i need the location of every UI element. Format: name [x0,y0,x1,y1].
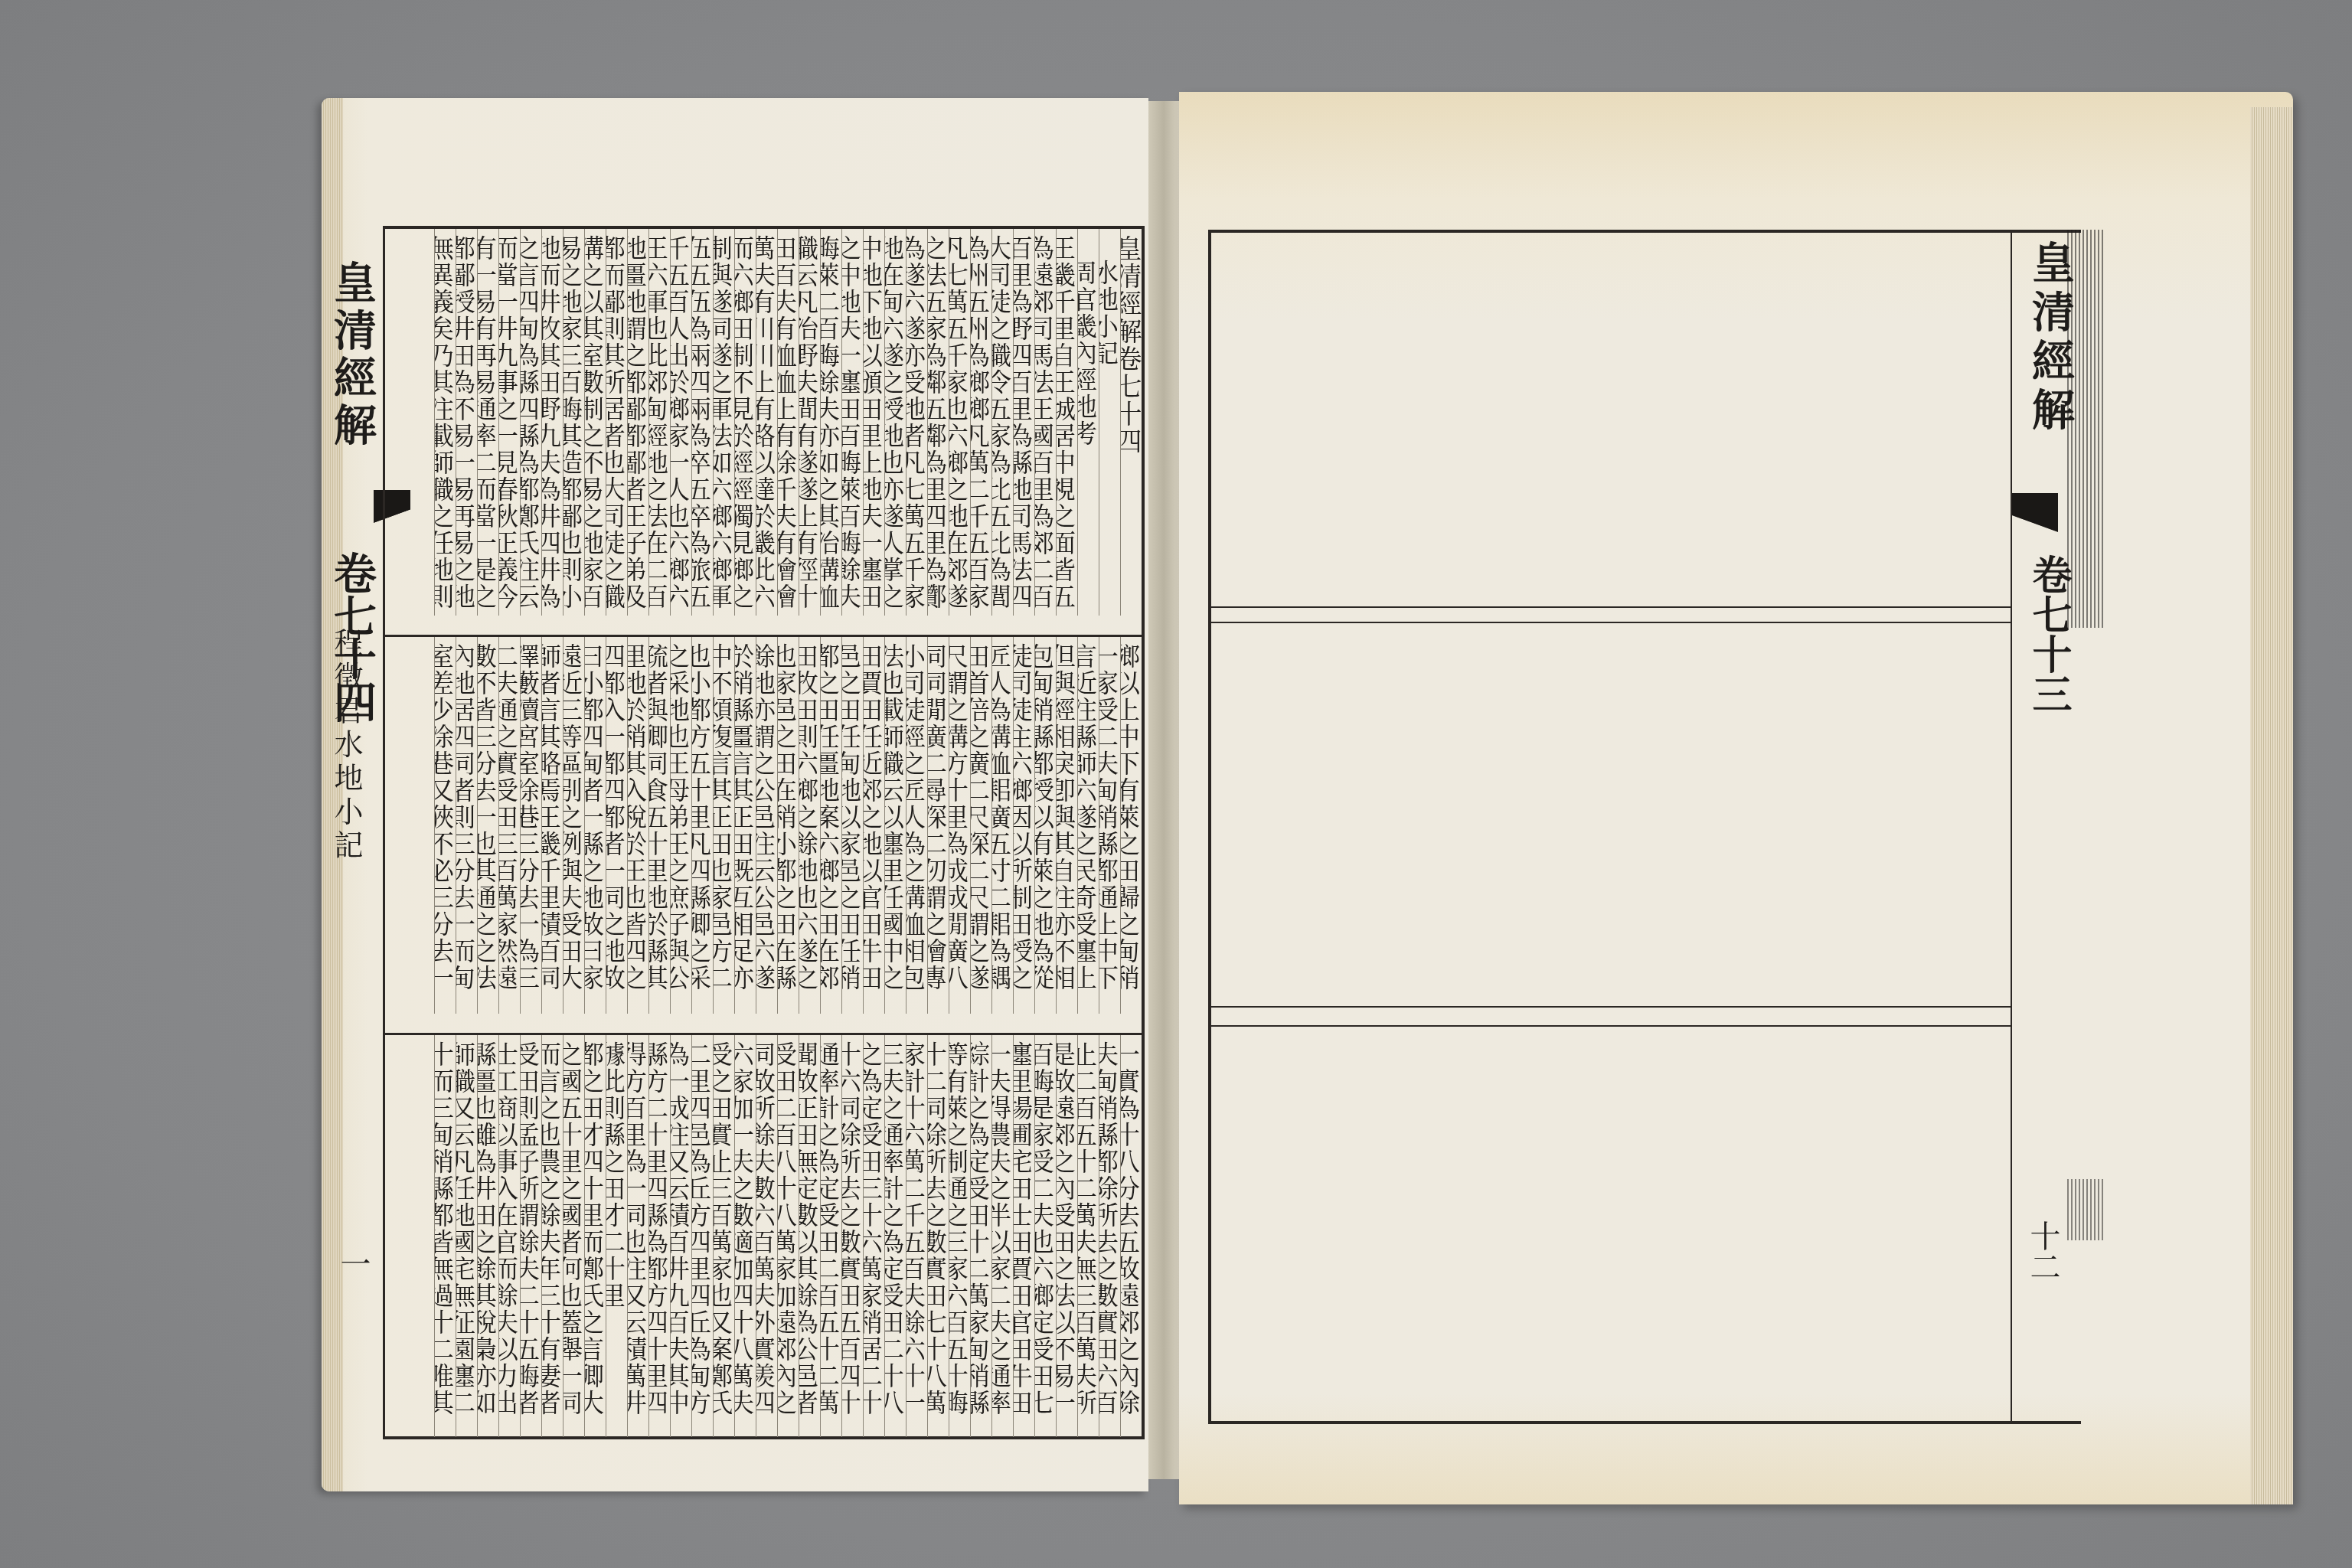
register-middle: 鄉以上中下有萊之田歸之甸稍縣都注云六鄉之民七萬五千家通不易一易再易一家受二夫甸稍… [385,635,1142,1014]
text-column: 地在甸六遂之授地也亦遂人掌之其職云辨其野之土上地 [884,229,906,616]
text-column: 匠人為溝洫耜廣五寸二耜為耦一耦之伐廣尺深尺謂之畎 [991,637,1013,1014]
fore-edge-ink-bleed-lower [2067,1179,2105,1240]
text-column: 同同閒廣二尋深二仞謂之澮專達於川鄭氏所謂井牧之制 [927,637,949,1014]
text-column: 田首倍之廣二尺深二尺謂之遂九夫為井井閒廣四尺深四 [970,637,991,1014]
text-column: 據此則縣之田才二十里 [606,1035,627,1437]
text-column: 周官畿內經地考 [1077,229,1099,616]
left-banxin-page-number: 一 [345,1248,375,1279]
text-column: 王畿千里自王城居中視之面皆五百里五十里為近郊百里為遠郊 [1056,229,1077,616]
text-column: 田百夫有洫洫上有涂千夫有澮澮上有道 [777,229,799,616]
text-column: 易之地家三百畮其造都鄙也則小司徒經 [563,229,584,616]
text-column: 地畺地謂之都鄙都鄙者王子弟及公卿大夫之采地其界曰 [627,229,648,616]
text-column: 之國五十里之國者何也蓋舉一同之田四之一與十六之一 [563,1035,584,1437]
text-column: 地而井牧其田野九夫為井四井為邑四邑 [541,229,563,616]
fore-edge-ink-bleed [2067,230,2105,628]
text-column: 為州五州為鄉鄉凡萬二千五百家如此者六 [970,229,991,616]
text-column: 千五百人出於鄉家一人也六鄉六軍夏官大司馬之職所謂 [670,229,691,616]
text-column: 田牧田則六鄉之餘地也六遂之田在甸公邑則六遂之餘地 [799,637,820,1014]
text-column: 受之田實止三百萬家也又案鄭氏注小司徒云四井為邑方 [713,1035,734,1437]
text-column: 徒司徒主六鄉因以所制田授之與井田溝洫之制在考工記 [1013,637,1034,1014]
register-divider-1 [1211,606,2012,608]
text-column: 都而鄙則其所居者也大司徒之職凡造都鄙制其地域而封 [606,229,627,616]
text-column: 而言之也農之餘夫年三十有妻者旣受田如農夫矣年二十九以下 [541,1035,563,1437]
text-column: 遠近三等區別之例與夫受田大共之夫數今據鄭氏之注 [563,637,584,1014]
text-column: 為遠郊司馬法王國百里為郊二百里為甸地司馬法二百里為州 [1034,229,1056,616]
text-column: 小司徒經之匠人為之溝洫相包乃成者是也此都鄙經地之 [906,637,927,1014]
text-column: 縣畺也雖為井田之餘其稅梟亦如六遂公邑同用貢法與載 [477,1035,498,1437]
text-column: 尺謂之溝方十里為成成閒廣八尺深八尺謂之洫方百里為 [949,637,970,1014]
text-column: 止二百五十二萬夫無三百萬夫所餘有六百四十八萬夫不止六百萬夫 [1077,1035,1099,1437]
text-column: 法也載師職云以廛里任國中之地以場圃任園地以宅田士 [884,637,906,1014]
text-column: 伍五伍為兩四兩為卒五卒為旅五旅為師五師為軍軍萬二 [691,229,713,616]
text-column: 受田二百八十八萬家加遠郊內之十二萬家雖所去之法不 [777,1035,799,1437]
text-column: 王六軍也此郊甸經地之法在二百里內者也其外則稍地縣 [648,229,670,616]
text-column: 是故遠郊之內受田之法以不易一易再易之制通之三家六 [1056,1035,1077,1437]
text-column: 都之田任畺地案六鄉之田在郊宅田士田賈田官田牛田賞 [820,637,841,1014]
text-column: 十而三甸稍縣都皆無過十二唯其漆林之征二十而五鄭氏 [434,1035,456,1437]
fish-tail-mark-icon [2012,493,2058,547]
text-column: 餘地亦謂之公邑注云公邑六遂餘地自此以外皆然疏云公邑有四處今於甸言餘 [756,637,777,1014]
text-column: 也小都方五十里凡四縣卿之采地也大都方百里凡四都 [691,637,713,1014]
text-column: 師者言其略焉王畿千里積百同九百萬夫之地山陵林麓 [541,637,563,1014]
text-column: 四都入一都四都者一同之地故曰大都四縣者一都之地 [606,637,627,1014]
register-divider-2 [1211,1006,2012,1008]
text-column: 十二同除所去之數實田七十八萬夫六遂定受田七萬五千 [927,1035,949,1437]
text-column: 大司徒之職令五家為比五比為閭四閭為族 [991,229,1013,616]
text-column: 萬夫有川川上有路以達於畿此六遂之田制也 [756,229,777,616]
text-column: 澤藪瀆宮室涂巷三分去一為三百萬夫餘六百萬夫以家 [520,637,541,1014]
text-column: 為一成注又云積百井九百夫其中六十四井五百七十六夫出田稅三十六井三百二十四夫治洫四… [670,1035,691,1437]
text-column: 縣方二十里四縣為都方四十里四都方八十里旁加十里及 [648,1035,670,1437]
text-column: 二里四邑為丘方四里四丘為甸方八里旁加一里則方十里 [691,1035,713,1437]
text-column: 都鄙授井田為不易一易再易之地與經所謂以室數制之者 [456,229,477,616]
text-column: 畮萊二百畮餘夫亦如之其治溝洫以制地也亦遂人掌之其 [820,229,841,616]
register-lower: 一實為十八分去五故遠郊之內除所去之數實田二十四萬夫甸稍縣都除所去之數實田六百二十… [385,1033,1142,1437]
text-column: 師職又云凡任地國宅無征園廛二十而一近郊十一遠郊二 [456,1035,477,1437]
text-column: 言近注縣師六遂之民奇受廛上地有萊為所以饒遠也注遂人不 [1077,637,1099,1014]
text-column: 凡七萬五千家也六鄉之地在郊遂人掌邦之 [949,229,970,616]
text-column: 之為定受田三十六萬家稍居二十同縣居二十八同都居三 [863,1035,884,1437]
text-column: 疏者與卿同食五十里地於縣其又疏者與大夫同食二十 [648,637,670,1014]
text-column: 聞故正田無定數以其餘為公邑者亦無定數合甸稍縣都定 [799,1035,820,1437]
text-column: 里地於稍其入稅於王也皆四之一四甸入一甸四縣入一 [627,637,648,1014]
text-column: 有一易有再易通率二而當一是之謂井牧據此則鄭氏是以 [477,229,498,616]
book-gutter [1148,101,1179,1479]
text-column: 之言四甸為縣四縣為都鄭氏注云縣皐之 [520,229,541,616]
text-column: 數不皆三分去一也其通之之法亦不皆家受二夫也遠郊 [477,637,498,1014]
text-column: 二夫通之實受田三百萬家然遠郊之內與甸稍縣都所去 [498,637,520,1014]
register-divider-3 [1211,1025,2012,1027]
text-column: 內地居四同者則三分去一而甸稍縣都之九十六同城郭 [456,637,477,1014]
text-column: 家計十六萬二千五百夫餘六十一萬七千五百夫以六家十 [906,1035,927,1437]
text-column: 受田則孟子所謂餘夫二十五畮者而士工商之餘夫其受田五口當農夫一人 [520,1035,541,1437]
text-column: 等有萊之制通之三家六百五十畮是六家受十三夫也甸居 [949,1035,970,1437]
text-column: 十六同除所去之數實田五百四十六萬夫以六家十三夫之 [841,1035,863,1437]
right-text-frame [1208,230,2012,1424]
left-banxin-title: 皇清經解 [337,260,383,450]
text-column: 綜計之為定受田十二萬家甸稍縣都受田之法以上中下三 [970,1035,991,1437]
text-column: 制與遂同遂之軍法如六鄉六鄉軍法在小司徒之職五人為 [713,229,734,616]
text-column: 而六鄉田制不見於經經獨見鄉之軍法故鄭氏注云鄉之田 [734,229,756,616]
text-column: 田賈田任近郊之地以官田牛田賞田牧田任遠郊之地以公 [863,637,884,1014]
left-text-frame: 皇清經解卷七十四水地小記周官畿內經地考王畿千里自王城居中視之面皆五百里五十里為近… [383,226,1145,1439]
text-column: 於稍縣畺言其正田既互相足亦以鄉遂形體詳司徒遂人 [734,637,756,1014]
text-column: 也家邑之田在稍小都之田在縣大都之田在畺稍縣畺皆有 [777,637,799,1014]
text-column: 之法五家為鄰五鄰為里四里為酇五酇為鄙 [927,229,949,616]
text-column: 室差少涂巷又狹不必三分去一以所去之一又六之而存 [434,637,456,1014]
text-column: 同故所餘夫數六百萬夫外實羨四十八萬夫然以所羨數為 [756,1035,777,1437]
text-column: 之中地夫一廛田百畮萊百畮餘夫亦如之下地夫一廛田百 [841,229,863,616]
text-column: 曰小都四甸者一縣之地故曰家邑至於畿內受田三等之 [584,637,606,1014]
text-column: 無異義矣乃其注載師職之任地則又以易不易之田歸之六 [434,229,456,616]
text-column: 通率計之為定受田二百五十二萬家其三等采地鄭氏所未 [820,1035,841,1437]
register-divider-4 [1211,622,2012,623]
text-column: 一夫得農夫之半以家二夫之通率計之定受田四萬五千家 [991,1035,1013,1437]
text-column: 一家受二夫甸稍縣都通上中下六家而受十三且云郊內謂之易郊外謂之萊為善 [1099,637,1120,1014]
text-column: 職云凡治野夫間有遂遂上有徑十夫有溝溝上有畛 [799,229,820,616]
text-column: 百畮是家受二夫也六鄉定受田七萬五千家計十五萬夫又 [1034,1035,1056,1437]
text-column: 鄉以上中下有萊之田歸之甸稍縣都注云六鄉之民七萬五千家通不易一易再易 [1120,637,1142,1014]
text-column: 士工商以事入在官而餘夫以力出耕公邑云鄭注公邑之在稍 [498,1035,520,1437]
text-column: 之采地也王母弟王之庶子與公同食百里地於畺王子弟 [670,637,691,1014]
text-column: 百里為野四百里為縣地司馬法四百里為縣五百里為 [1013,229,1034,616]
text-column: 六家加一夫之數適加四十八萬夫於是大共計之而百同定 [734,1035,756,1437]
register-upper: 皇清經解卷七十四水地小記周官畿內經地考王畿千里自王城居中視之面皆五百里五十里為近… [385,229,1142,616]
text-column: 一實為十八分去五故遠郊之內除所去之數實田二十四萬 [1120,1035,1142,1437]
text-column: 三夫之通率計之為定受田二十八萬五千家以為公邑綜計 [884,1035,906,1437]
text-column: 夫甸稍縣都除所去之數實田六百二十四萬夫綜計之所去 [1099,1035,1120,1437]
text-column: 中不煩復言其正田也家邑方二十五里凡四甸大夫之采地 [713,637,734,1014]
text-column: 為遂六遂亦受地者凡七萬五千家數如六鄉 [906,229,927,616]
right-page-edge-stack [2250,107,2293,1504]
text-column: 邑之田任甸地以家邑之田任稍地以小都之田任縣地以大 [841,637,863,1014]
right-banxin-page-number: 十二 [2021,1220,2065,1282]
side-caption: 程徵君水地小記 [325,628,367,864]
text-column: 中地下地以頒田里上地夫一廛田百畮萊五十畮餘夫亦如 [863,229,884,616]
text-column: 都之田才四十里而鄭氏之言卿大夫采地者乃曰二十五里 [584,1035,606,1437]
text-column: 廛里場圃宅田士田賈田官田牛田賞田牧田約九萬家家受 [1013,1035,1034,1437]
text-column: 得方百里為一同也注又云積萬井九萬夫其四千九十六井三萬六千八百六十四夫出田稅二千三… [627,1035,648,1437]
text-column: 包甸稍縣都授以有萊之地為從其類而易不易之田在大司 [1034,637,1056,1014]
text-column: 而當一井九事之一見春秋正義今造都 [498,229,520,616]
text-column: 但與經相戾卽與其自注亦不相蒙矣豈謂遂人所掌之野得 [1056,637,1077,1014]
text-column: 水地小記 [1099,229,1120,616]
text-column: 皇清經解卷七十四 [1120,229,1142,616]
text-column: 溝之以其室數制之不易之地家百畮一易之地家二百畮再 [584,229,606,616]
